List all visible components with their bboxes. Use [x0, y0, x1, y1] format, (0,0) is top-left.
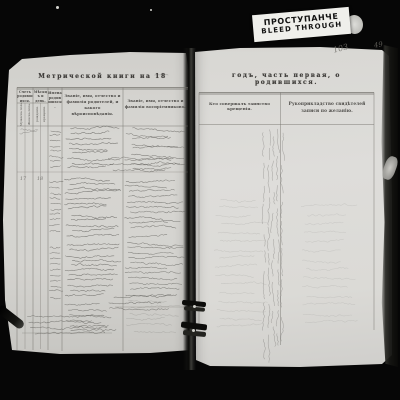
entry-number: 18 [33, 176, 47, 182]
subcolumn-baptism: крещенія. [42, 102, 46, 126]
column-header-names: Имена родившихся. [48, 91, 62, 109]
dust-speck [150, 9, 152, 11]
column-header-signatures: Рукоприкладство свидѣтелей записи по жел… [284, 100, 370, 114]
column-header-date: Мѣсяцъ и день. [33, 90, 48, 103]
binding-glint [192, 329, 195, 332]
bleed-through-label: ПРОСТУПАНЧЕ BLEED THROUGH [252, 7, 351, 42]
right-page-title: годъ, часть первая, о родившихся. [199, 72, 374, 86]
binding-glint [193, 305, 196, 308]
subcolumn-birth: рожденія. [35, 102, 39, 126]
corner-folio-number: 49 [373, 40, 383, 49]
dust-speck [56, 6, 59, 9]
archival-photo: Метрической книги на 18 Счетъ родившихся… [0, 0, 400, 400]
subcolumn-female: Женска пола. [27, 102, 31, 126]
column-header-godparents: Званіе, имя, отчество и фамилія воспріем… [124, 98, 187, 110]
column-header-count: Счетъ родившихся. [17, 90, 33, 103]
column-header-parents: Званіе, имя, отчество и фамилія родителе… [63, 93, 122, 117]
subcolumn-male: Мужеска пола. [19, 102, 23, 126]
column-header-officiant: Кто совершалъ таинство крещенія. [200, 101, 279, 112]
right-page [192, 44, 400, 370]
entry-number: 17 [16, 176, 30, 182]
left-page-title: Метрической книги на 18 [17, 73, 188, 80]
